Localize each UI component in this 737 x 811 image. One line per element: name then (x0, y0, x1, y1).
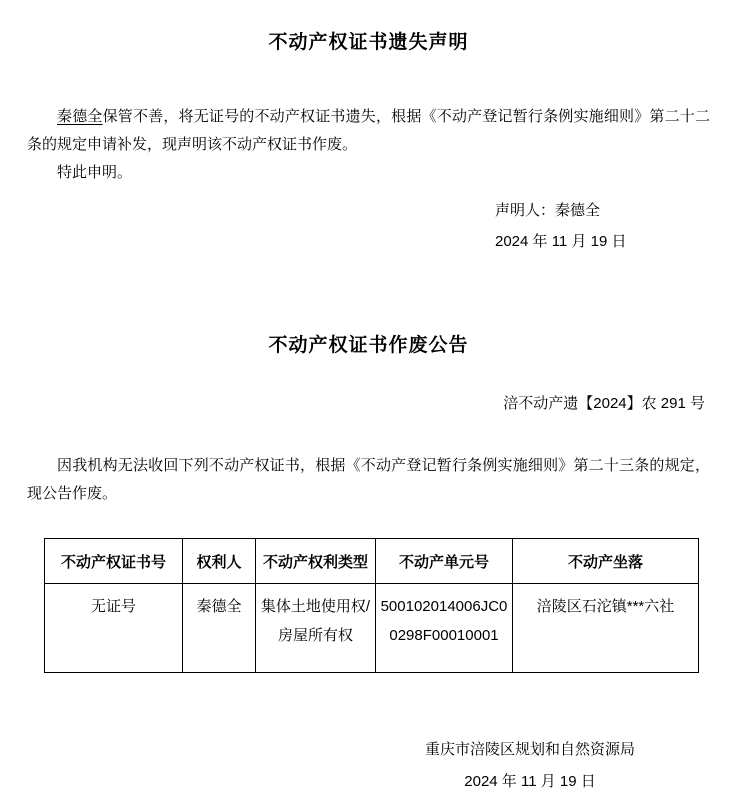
notice-doc-number: 涪不动产遗【2024】农 291 号 (27, 391, 710, 416)
cell-right-type: 集体土地使用权/房屋所有权 (256, 584, 376, 673)
table-row: 无证号 秦德全 集体土地使用权/房屋所有权 500102014006JC0029… (45, 584, 699, 673)
declarant-name-underlined: 秦德全 (57, 108, 103, 125)
issuer-block: 重庆市涪陵区规划和自然资源局 2024 年 11 月 19 日 (425, 735, 635, 798)
declaration-paragraph: 秦德全保管不善，将无证号的不动产权证书遗失，根据《不动产登记暂行条例实施细则》第… (27, 103, 710, 159)
certificates-table: 不动产权证书号 权利人 不动产权利类型 不动产单元号 不动产坐落 无证号 秦德全… (44, 538, 699, 673)
declaration-signature-block: 声明人：秦德全 2024 年 11 月 19 日 (495, 195, 710, 257)
col-header-rights-holder: 权利人 (183, 539, 256, 584)
declaration-section: 不动产权证书遗失声明 秦德全保管不善，将无证号的不动产权证书遗失，根据《不动产登… (27, 30, 710, 257)
declarant-signature-line: 声明人：秦德全 (495, 195, 710, 226)
col-header-certificate-number: 不动产权证书号 (45, 539, 183, 584)
issue-date: 2024 年 11 月 19 日 (425, 765, 635, 798)
declaration-closing: 特此申明。 (27, 159, 710, 187)
document-page: { "declaration": { "title": "不动产权证书遗失声明"… (0, 0, 737, 811)
issuer-name: 重庆市涪陵区规划和自然资源局 (425, 735, 635, 765)
header-row: 不动产权证书号 权利人 不动产权利类型 不动产单元号 不动产坐落 (45, 539, 699, 584)
cell-location: 涪陵区石沱镇***六社 (513, 584, 699, 673)
declaration-title: 不动产权证书遗失声明 (27, 30, 710, 55)
cell-unit-number: 500102014006JC00298F00010001 (376, 584, 513, 673)
declaration-body-text: 保管不善，将无证号的不动产权证书遗失，根据《不动产登记暂行条例实施细则》第二十二… (27, 108, 710, 153)
declaration-date-line: 2024 年 11 月 19 日 (495, 226, 710, 257)
col-header-location: 不动产坐落 (513, 539, 699, 584)
cell-certificate-number: 无证号 (45, 584, 183, 673)
certificates-table-header: 不动产权证书号 权利人 不动产权利类型 不动产单元号 不动产坐落 (45, 539, 699, 584)
cell-rights-holder: 秦德全 (183, 584, 256, 673)
certificates-table-body: 无证号 秦德全 集体土地使用权/房屋所有权 500102014006JC0029… (45, 584, 699, 673)
notice-title: 不动产权证书作废公告 (27, 333, 710, 358)
col-header-right-type: 不动产权利类型 (256, 539, 376, 584)
voidance-notice-section: 不动产权证书作废公告 涪不动产遗【2024】农 291 号 因我机构无法收回下列… (27, 333, 710, 798)
loss-declaration-document: 不动产权证书遗失声明 秦德全保管不善，将无证号的不动产权证书遗失，根据《不动产登… (0, 0, 737, 798)
col-header-unit-number: 不动产单元号 (376, 539, 513, 584)
notice-paragraph: 因我机构无法收回下列不动产权证书，根据《不动产登记暂行条例实施细则》第二十三条的… (27, 452, 710, 508)
